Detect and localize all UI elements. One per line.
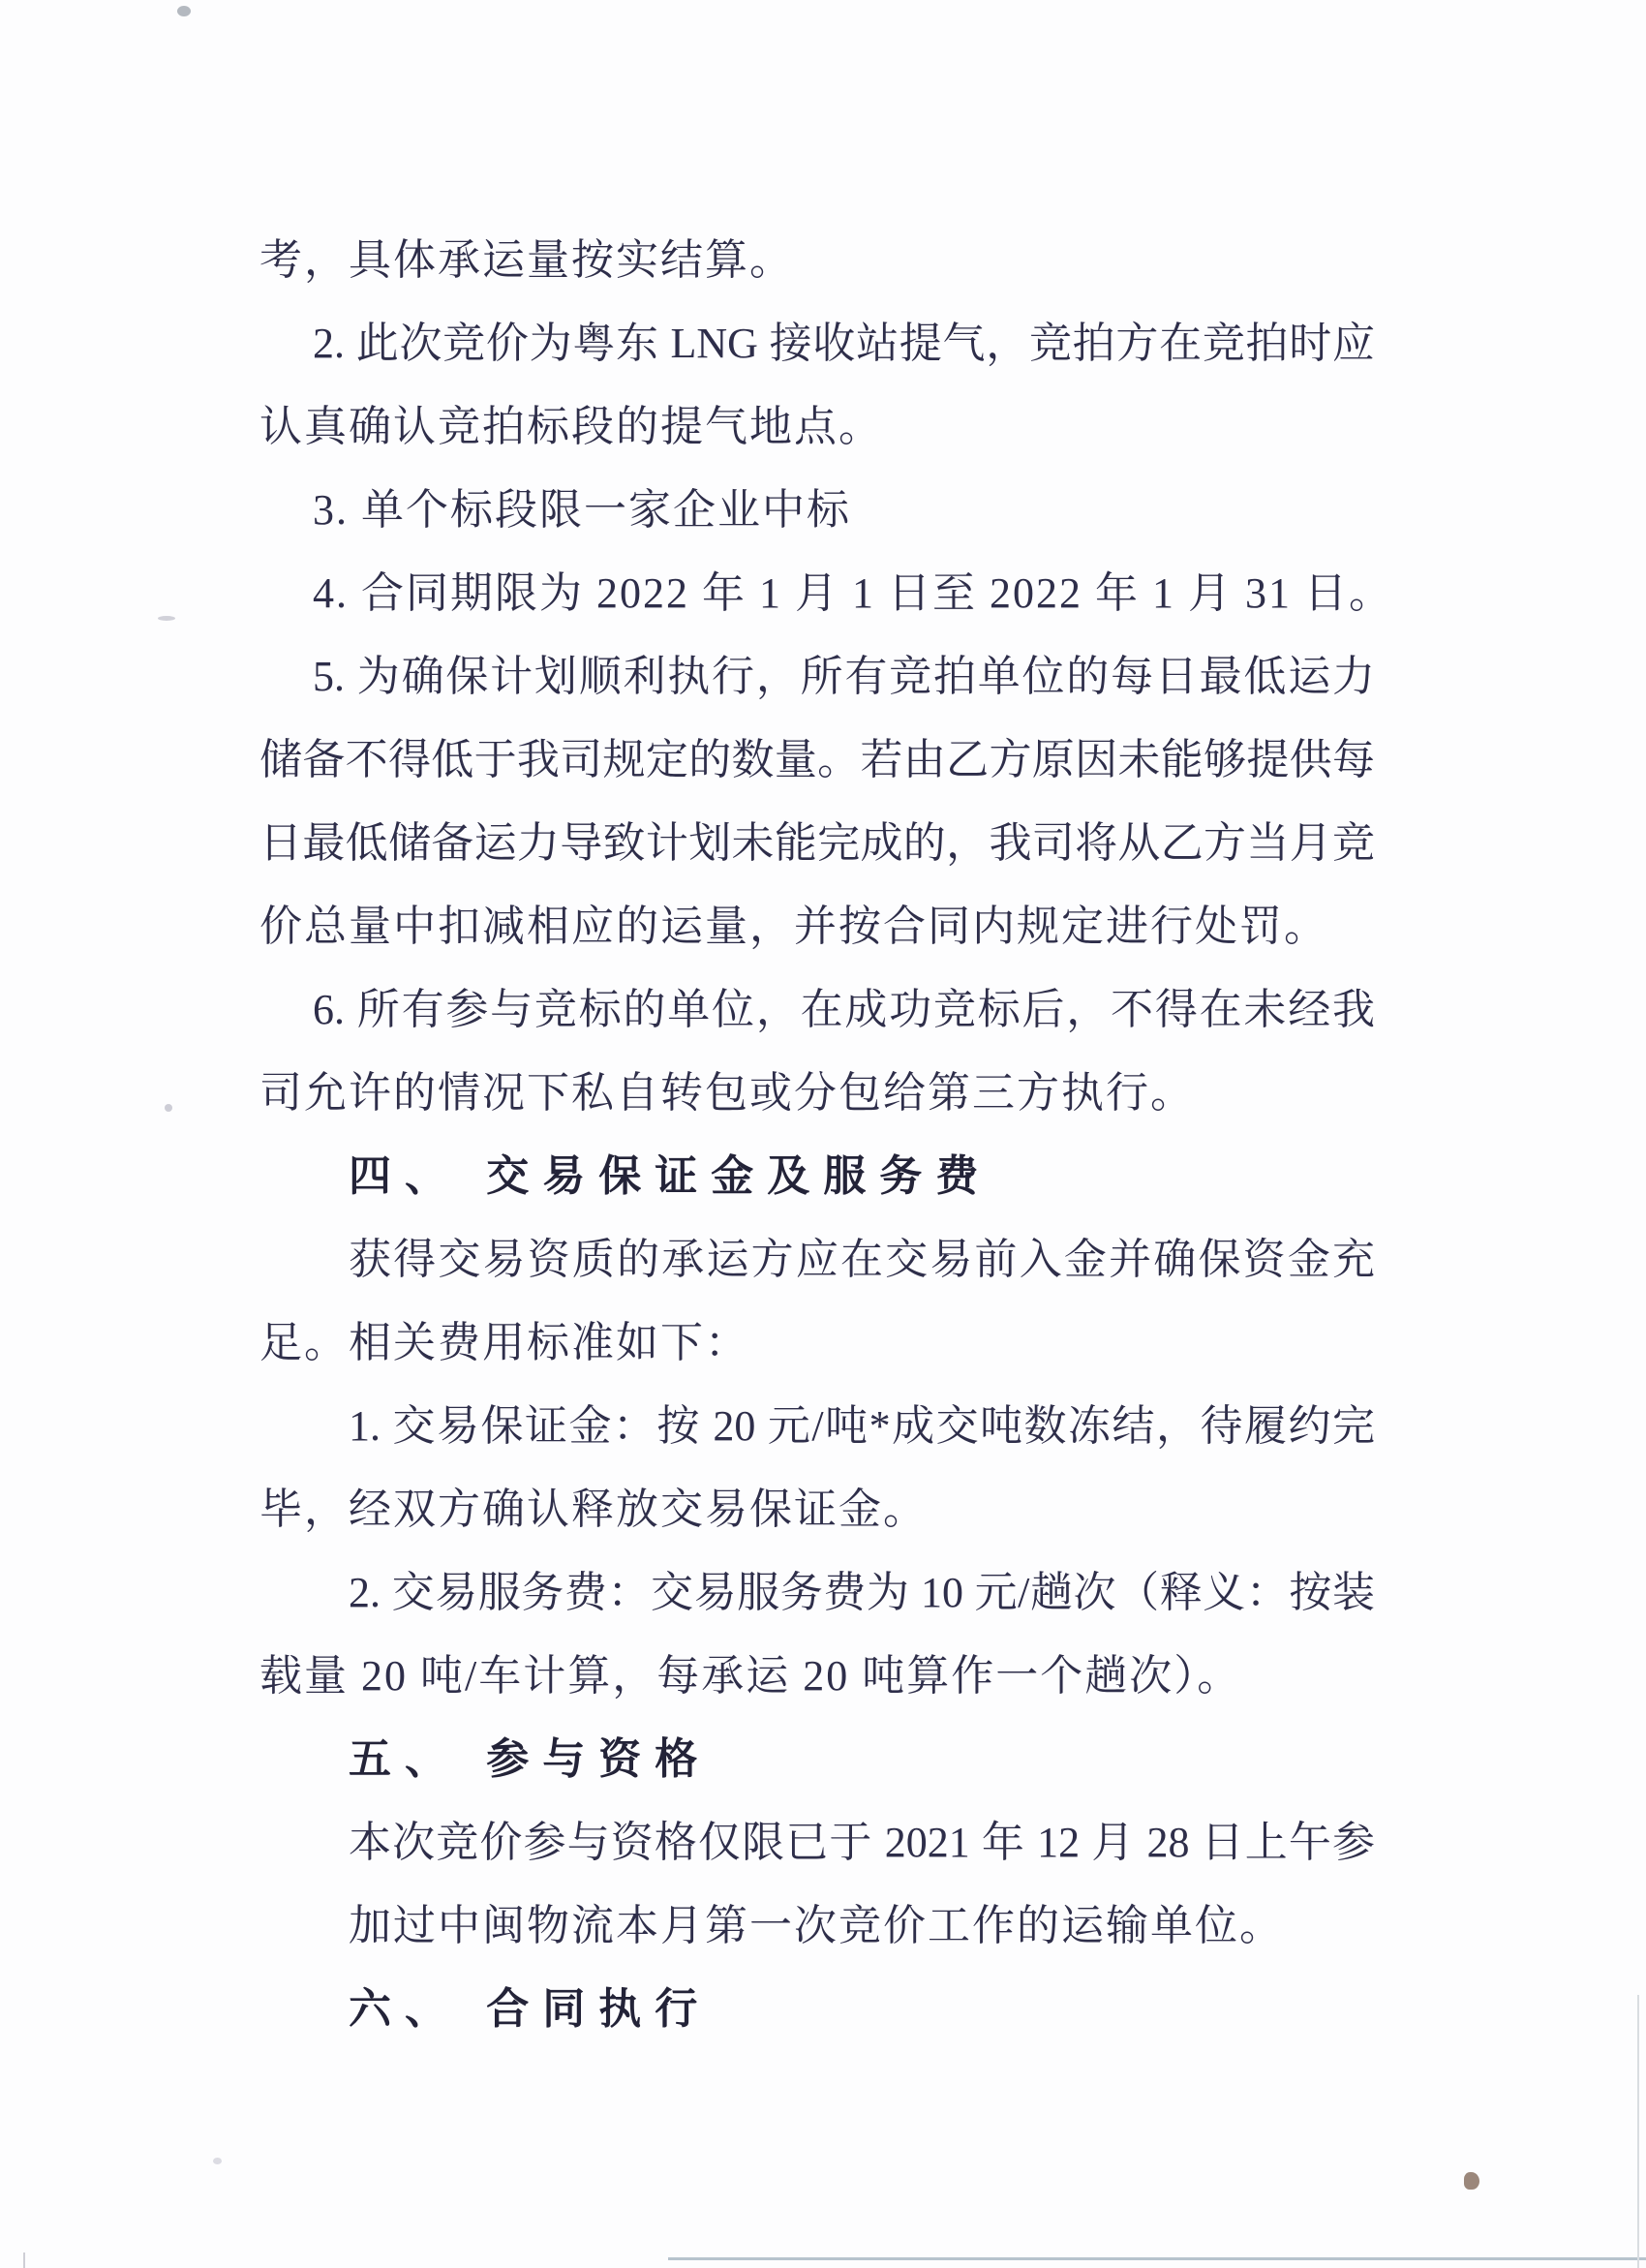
section-heading: 四、 交易保证金及服务费	[259, 1135, 1375, 1218]
scan-edge-corner-tick	[23, 2253, 25, 2268]
section-heading: 六、 合同执行	[259, 1968, 1375, 2051]
text-line: 载量 20 吨/车计算，每承运 20 吨算作一个趟次）。	[259, 1635, 1375, 1718]
document-text: 考，具体承运量按实结算。2. 此次竞价为粤东 LNG 接收站提气，竞拍方在竞拍时…	[259, 219, 1375, 2051]
scan-speck-bottom	[213, 2158, 222, 2164]
text-line: 考，具体承运量按实结算。	[259, 219, 1375, 302]
text-line: 毕，经双方确认释放交易保证金。	[259, 1468, 1375, 1551]
text-line: 6. 所有参与竞标的单位，在成功竞标后，不得在未经我	[259, 968, 1375, 1052]
text-line: 加过中闽物流本月第一次竞价工作的运输单位。	[259, 1885, 1375, 1968]
scan-edge-bottom	[668, 2257, 1646, 2260]
text-line: 2. 此次竞价为粤东 LNG 接收站提气，竞拍方在竞拍时应	[259, 302, 1375, 385]
text-line: 足。相关费用标准如下：	[259, 1302, 1375, 1385]
text-line: 2. 交易服务费：交易服务费为 10 元/趟次（释义：按装	[259, 1551, 1375, 1635]
scan-speck-brown	[1464, 2172, 1479, 2190]
text-line: 4. 合同期限为 2022 年 1 月 1 日至 2022 年 1 月 31 日…	[259, 552, 1375, 635]
scan-edge-right	[1637, 1995, 1639, 2268]
text-line: 日最低储备运力导致计划未能完成的，我司将从乙方当月竞	[259, 802, 1375, 885]
text-line: 3. 单个标段限一家企业中标	[259, 469, 1375, 552]
section-heading: 五、 参与资格	[259, 1718, 1375, 1801]
text-line: 获得交易资质的承运方应在交易前入金并确保资金充	[259, 1218, 1375, 1302]
scan-speck-left-1	[158, 616, 175, 621]
text-line: 本次竞价参与资格仅限已于 2021 年 12 月 28 日上午参	[259, 1801, 1375, 1885]
text-line: 1. 交易保证金：按 20 元/吨*成交吨数冻结，待履约完	[259, 1385, 1375, 1468]
text-line: 认真确认竞拍标段的提气地点。	[259, 385, 1375, 469]
text-line: 储备不得低于我司规定的数量。若由乙方原因未能够提供每	[259, 719, 1375, 802]
scan-speck-left-2	[165, 1104, 172, 1112]
text-line: 5. 为确保计划顺利执行，所有竞拍单位的每日最低运力	[259, 635, 1375, 719]
scan-speck-top	[177, 6, 191, 16]
scanned-document-page: 考，具体承运量按实结算。2. 此次竞价为粤东 LNG 接收站提气，竞拍方在竞拍时…	[0, 0, 1646, 2268]
text-line: 价总量中扣减相应的运量，并按合同内规定进行处罚。	[259, 885, 1375, 968]
text-line: 司允许的情况下私自转包或分包给第三方执行。	[259, 1052, 1375, 1135]
